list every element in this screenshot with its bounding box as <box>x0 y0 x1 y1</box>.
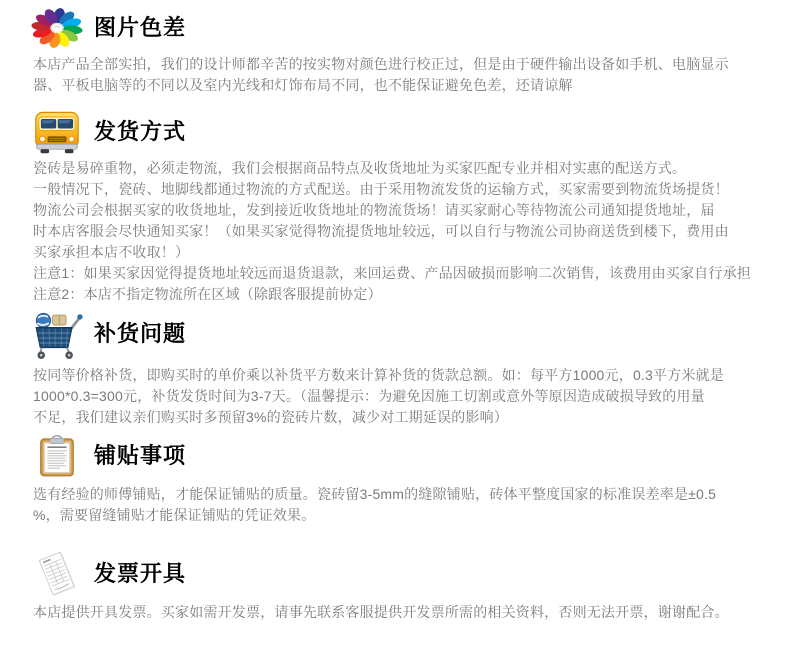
text-line: 注意2：本店不指定物流所在区域（除跟客服提前协定） <box>33 284 790 305</box>
section-header: 发票开具 <box>0 552 790 596</box>
section-body: 选有经验的师傅铺贴，才能保证铺贴的质量。瓷砖留3-5mm的缝隙铺贴，砖体平整度国… <box>0 484 790 526</box>
section-invoice: 发票开具 本店提供开具发票。买家如需开发票，请事先联系客服提供开发票所需的相关资… <box>0 552 790 623</box>
text-line: 不足，我们建议亲们购买时多预留3%的瓷砖片数，减少对工期延误的影响） <box>33 407 790 428</box>
text-line: 物流公司会根据买家的收货地址，发到接近收货地址的物流货场！请买家耐心等待物流公司… <box>33 200 790 221</box>
text-line: 1000*0.3=300元，补货发货时间为3-7天。（温馨提示：为避免因施工切割… <box>33 386 790 407</box>
text-line: 买家承担本店不收取！） <box>33 242 790 263</box>
section-title: 发票开具 <box>94 563 186 585</box>
text-line: 一般情况下，瓷砖、地脚线都通过物流的方式配送。由于采用物流发货的运输方式，买家需… <box>33 179 790 200</box>
text-line: 时本店客服会尽快通知买家！（如果买家觉得物流提货地址较远，可以自行与物流公司协商… <box>33 221 790 242</box>
section-title: 图片色差 <box>94 17 186 39</box>
section-title: 补货问题 <box>94 323 186 345</box>
section-shipping-method: 发货方式 瓷砖是易碎重物，必须走物流，我们会根据商品特点及收货地址为买家匹配专业… <box>0 110 790 305</box>
section-restock: 补货问题 按同等价格补货，即购买时的单价乘以补货平方数来计算补货的货款总额。如：… <box>0 307 790 428</box>
shopping-cart-icon <box>27 307 87 361</box>
text-line: 本店提供开具发票。买家如需开发票，请事先联系客服提供开发票所需的相关资料，否则无… <box>33 602 790 623</box>
text-line: 本店产品全部实拍，我们的设计师都辛苦的按实物对颜色进行校正过，但是由于硬件输出设… <box>33 54 790 75</box>
invoice-paper-icon <box>27 552 87 596</box>
text-line: %，需要留缝铺贴才能保证铺贴的凭证效果。 <box>33 505 790 526</box>
section-body: 本店提供开具发票。买家如需开发票，请事先联系客服提供开发票所需的相关资料，否则无… <box>0 602 790 623</box>
section-header: 补货问题 <box>0 307 790 361</box>
text-line: 按同等价格补货，即购买时的单价乘以补货平方数来计算补货的货款总额。如：每平方10… <box>33 365 790 386</box>
section-color-difference: 图片色差 本店产品全部实拍，我们的设计师都辛苦的按实物对颜色进行校正过，但是由于… <box>0 6 790 96</box>
clipboard-icon <box>27 434 87 478</box>
text-line: 选有经验的师傅铺贴，才能保证铺贴的质量。瓷砖留3-5mm的缝隙铺贴，砖体平整度国… <box>33 484 790 505</box>
section-body: 瓷砖是易碎重物，必须走物流，我们会根据商品特点及收货地址为买家匹配专业并相对实惠… <box>0 158 790 305</box>
product-notice-page: 图片色差 本店产品全部实拍，我们的设计师都辛苦的按实物对颜色进行校正过，但是由于… <box>0 0 790 623</box>
section-header: 图片色差 <box>0 6 790 50</box>
section-header: 发货方式 <box>0 110 790 154</box>
section-title: 铺贴事项 <box>94 445 186 467</box>
section-title: 发货方式 <box>94 121 186 143</box>
section-body: 本店产品全部实拍，我们的设计师都辛苦的按实物对颜色进行校正过，但是由于硬件输出设… <box>0 54 790 96</box>
text-line: 瓷砖是易碎重物，必须走物流，我们会根据商品特点及收货地址为买家匹配专业并相对实惠… <box>33 158 790 179</box>
text-line: 器、平板电脑等的不同以及室内光线和灯饰布局不同，也不能保证避免色差，还请谅解 <box>33 75 790 96</box>
text-line: 注意1：如果买家因觉得提货地址较远而退货退款，来回运费、产品因破损而影响二次销售… <box>33 263 790 284</box>
section-tiling-notes: 铺贴事项 选有经验的师傅铺贴，才能保证铺贴的质量。瓷砖留3-5mm的缝隙铺贴，砖… <box>0 434 790 526</box>
rainbow-flower-icon <box>27 6 87 50</box>
delivery-truck-icon <box>27 110 87 154</box>
section-header: 铺贴事项 <box>0 434 790 478</box>
section-body: 按同等价格补货，即购买时的单价乘以补货平方数来计算补货的货款总额。如：每平方10… <box>0 365 790 428</box>
